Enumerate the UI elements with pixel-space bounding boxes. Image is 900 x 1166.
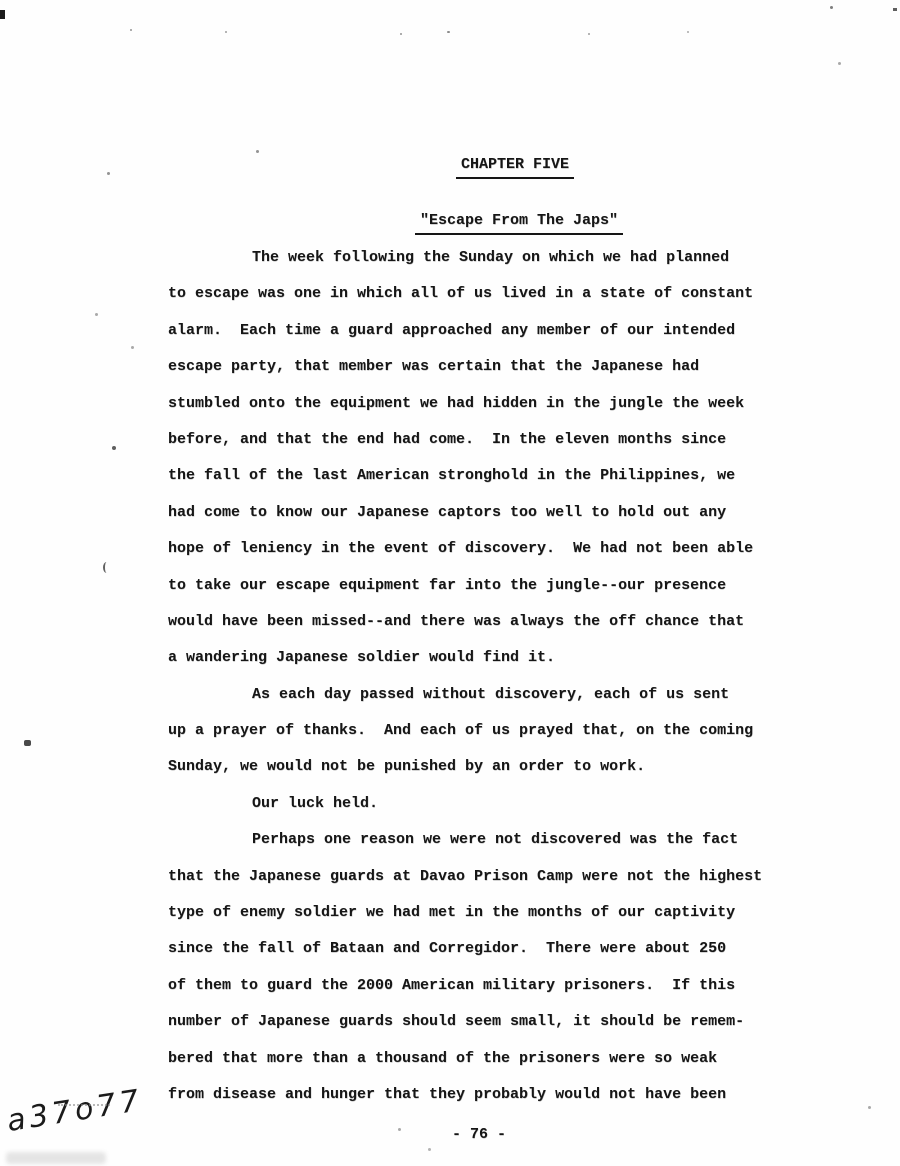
scan-speck <box>447 31 450 33</box>
scan-artifact <box>58 1104 110 1106</box>
scan-speck <box>830 6 833 9</box>
text-line: the fall of the last American stronghold… <box>168 458 792 494</box>
text-line: number of Japanese guards should seem sm… <box>168 1004 792 1040</box>
scan-speck <box>131 346 134 349</box>
scan-speck <box>112 446 116 450</box>
text-line: escape party, that member was certain th… <box>168 349 792 385</box>
text-line: before, and that the end had come. In th… <box>168 422 792 458</box>
chapter-heading-text: CHAPTER FIVE <box>456 156 574 179</box>
scan-speck <box>256 150 259 153</box>
text-line: had come to know our Japanese captors to… <box>168 495 792 531</box>
text-line: of them to guard the 2000 American milit… <box>168 968 792 1004</box>
text-line: As each day passed without discovery, ea… <box>168 677 792 713</box>
text-line: Our luck held. <box>168 786 792 822</box>
scan-speck <box>687 31 689 33</box>
scan-speck <box>24 740 31 746</box>
scan-speck <box>428 1148 431 1151</box>
scan-speck <box>95 313 98 316</box>
text-line: since the fall of Bataan and Corregidor.… <box>168 931 792 967</box>
text-line: bered that more than a thousand of the p… <box>168 1041 792 1077</box>
scanned-page: CHAPTER FIVE "Escape From The Japs" The … <box>0 0 900 1166</box>
document-body: The week following the Sunday on which w… <box>168 240 792 1113</box>
scan-speck <box>225 31 227 33</box>
text-line: from disease and hunger that they probab… <box>168 1077 792 1113</box>
chapter-heading: CHAPTER FIVE <box>420 139 574 196</box>
text-line: type of enemy soldier we had met in the … <box>168 895 792 931</box>
text-line: hope of leniency in the event of discove… <box>168 531 792 567</box>
paragraph: Our luck held. <box>168 786 792 822</box>
text-line: Perhaps one reason we were not discovere… <box>168 822 792 858</box>
chapter-title-text: "Escape From The Japs" <box>415 212 623 235</box>
text-line: to take our escape equipment far into th… <box>168 568 792 604</box>
scan-smudge <box>6 1152 106 1164</box>
paragraph: As each day passed without discovery, ea… <box>168 677 792 786</box>
scan-speck <box>868 1106 871 1109</box>
scan-artifact <box>893 8 897 11</box>
scan-speck <box>588 33 590 35</box>
text-line: that the Japanese guards at Davao Prison… <box>168 859 792 895</box>
text-line: to escape was one in which all of us liv… <box>168 276 792 312</box>
text-line: Sunday, we would not be punished by an o… <box>168 749 792 785</box>
text-line: alarm. Each time a guard approached any … <box>168 313 792 349</box>
text-line: The week following the Sunday on which w… <box>168 240 792 276</box>
scan-artifact <box>0 10 5 19</box>
scan-speck <box>398 1128 401 1131</box>
scan-artifact <box>103 562 110 573</box>
text-line: a wandering Japanese soldier would find … <box>168 640 792 676</box>
handwritten-annotation: a37o77 <box>5 1083 146 1139</box>
paragraph: The week following the Sunday on which w… <box>168 240 792 677</box>
paragraph: Perhaps one reason we were not discovere… <box>168 822 792 1113</box>
scan-speck <box>838 62 841 65</box>
scan-speck <box>107 172 110 175</box>
scan-speck <box>130 29 132 31</box>
text-line: would have been missed--and there was al… <box>168 604 792 640</box>
page-number: - 76 - <box>452 1126 506 1143</box>
text-line: up a prayer of thanks. And each of us pr… <box>168 713 792 749</box>
scan-speck <box>400 33 402 35</box>
text-line: stumbled onto the equipment we had hidde… <box>168 386 792 422</box>
